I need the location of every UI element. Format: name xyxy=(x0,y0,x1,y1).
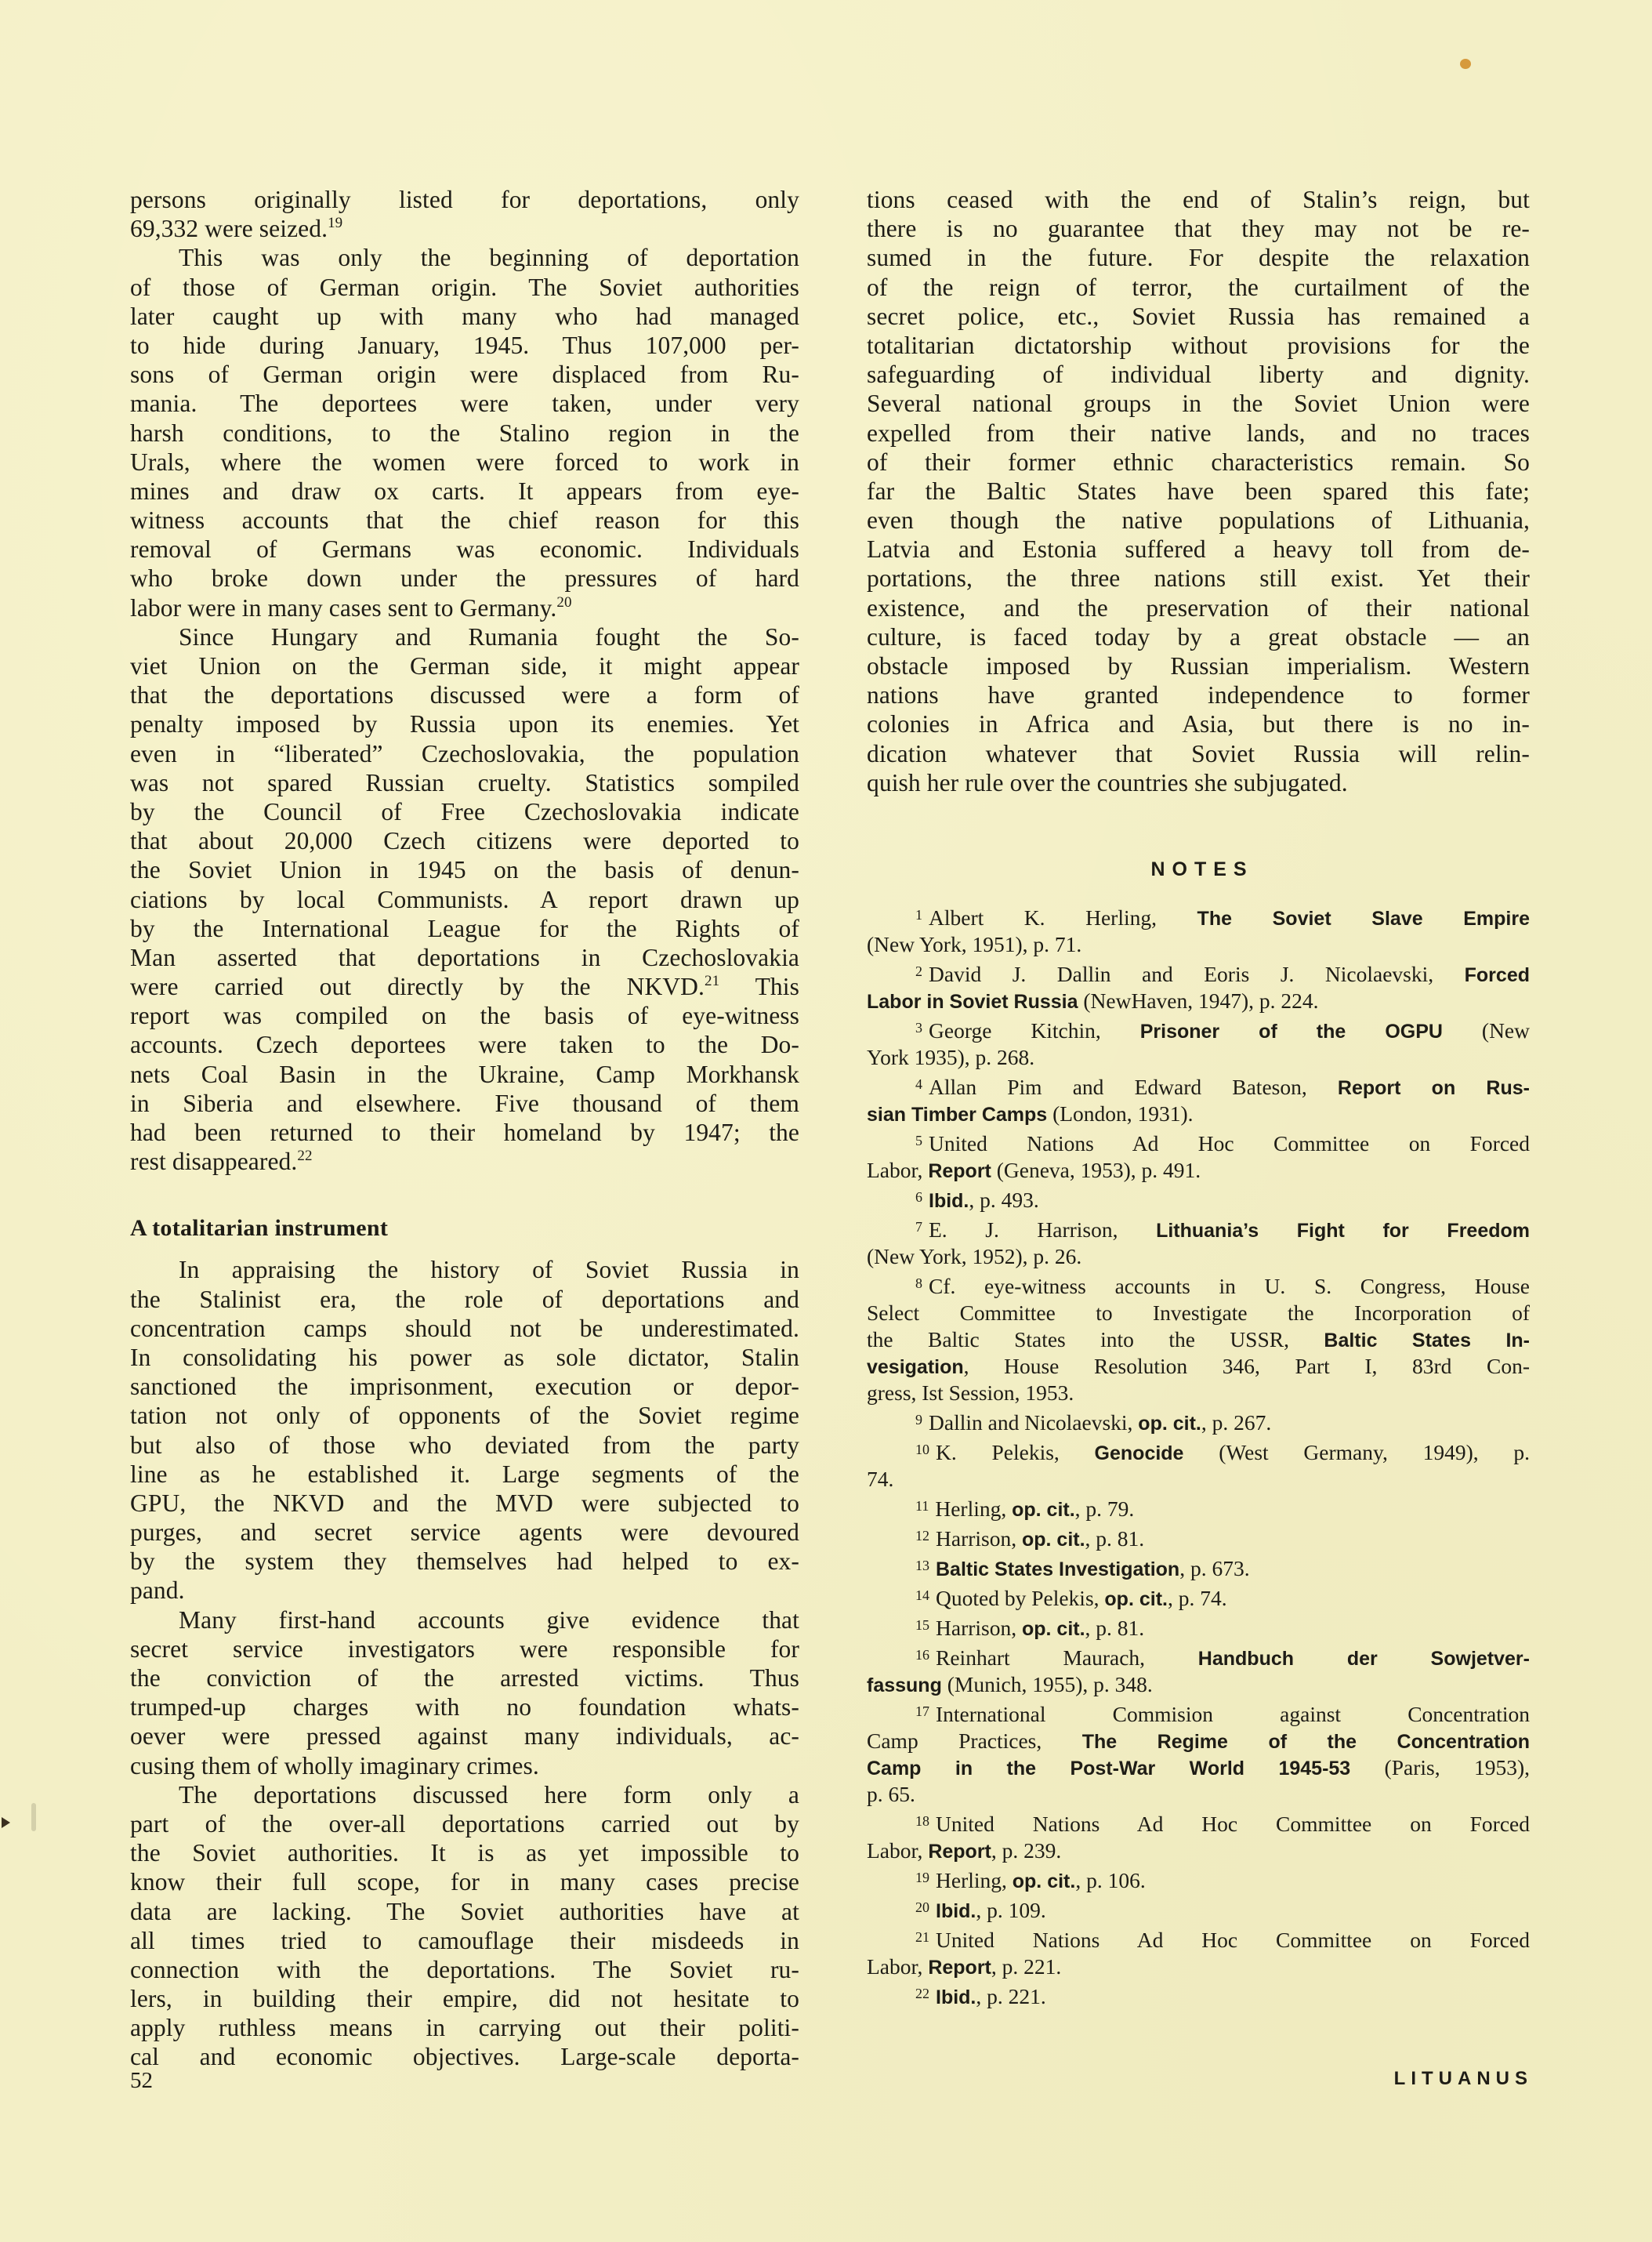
note-item: 19Herling, op. cit., p. 106. xyxy=(867,1867,1530,1894)
text-line: cal and economic objectives. Large-scale… xyxy=(130,2042,799,2071)
note-number: 22 xyxy=(915,1986,929,2001)
paragraph: persons originally listed for deportatio… xyxy=(130,185,799,243)
text-line: dication whatever that Soviet Russia wil… xyxy=(867,739,1530,768)
text-line: existence, and the preservation of their… xyxy=(867,593,1530,622)
note-number: 4 xyxy=(915,1076,922,1092)
note-line: 17International Commision against Concen… xyxy=(867,1701,1530,1728)
note-number: 16 xyxy=(915,1647,929,1663)
text-line: rest disappeared.22 xyxy=(130,1147,799,1176)
text-line: of those of German origin. The Soviet au… xyxy=(130,273,799,302)
paragraph: Since Hungary and Rumania fought the So-… xyxy=(130,622,799,1177)
cited-title: Report xyxy=(928,1160,991,1182)
note-number: 19 xyxy=(915,1870,929,1885)
text-line: penalty imposed by Russia upon its enemi… xyxy=(130,709,799,738)
note-item: 5United Nations Ad Hoc Committee on Forc… xyxy=(867,1130,1530,1184)
note-item: 13Baltic States Investigation, p. 673. xyxy=(867,1555,1530,1582)
text-line: cusing them of wholly imaginary crimes. xyxy=(130,1751,799,1780)
footnote-reference[interactable]: 21 xyxy=(705,973,719,989)
note-line: p. 65. xyxy=(867,1781,1530,1808)
note-line: 19Herling, op. cit., p. 106. xyxy=(867,1867,1530,1894)
paragraph: The deportations discussed here form onl… xyxy=(130,1780,799,2072)
text-line: Many first-hand accounts give evidence t… xyxy=(130,1605,799,1634)
text-line: there is no guarantee that they may not … xyxy=(867,214,1530,243)
note-line: 13Baltic States Investigation, p. 673. xyxy=(867,1555,1530,1582)
note-item: 16Reinhart Maurach, Handbuch der Sowjetv… xyxy=(867,1645,1530,1698)
note-item: 14Quoted by Pelekis, op. cit., p. 74. xyxy=(867,1585,1530,1612)
note-item: 2David J. Dallin and Eoris J. Nicolaevsk… xyxy=(867,961,1530,1014)
note-item: 9Dallin and Nicolaevski, op. cit., p. 26… xyxy=(867,1409,1530,1436)
text-line: Since Hungary and Rumania fought the So- xyxy=(130,622,799,651)
footnote-reference[interactable]: 19 xyxy=(328,215,342,231)
note-line: 10K. Pelekis, Genocide (West Germany, 19… xyxy=(867,1439,1530,1466)
text-line: by the Council of Free Czechoslovakia in… xyxy=(130,797,799,826)
text-line: know their full scope, for in many cases… xyxy=(130,1867,799,1896)
text-line: by the system they themselves had helped… xyxy=(130,1547,799,1576)
note-number: 6 xyxy=(915,1189,922,1205)
text-line: pand. xyxy=(130,1576,799,1605)
text-line: totalitarian dictatorship without provis… xyxy=(867,331,1530,360)
cited-title: Baltic States Investigation xyxy=(936,1558,1179,1580)
note-line: 7E. J. Harrison, Lithuania’s Fight for F… xyxy=(867,1217,1530,1243)
text-line: concentration camps should not be undere… xyxy=(130,1314,799,1343)
note-line: 1Albert K. Herling, The Soviet Slave Emp… xyxy=(867,905,1530,931)
note-number: 7 xyxy=(915,1219,922,1235)
note-item: 15Harrison, op. cit., p. 81. xyxy=(867,1615,1530,1642)
cited-title: Baltic States In- xyxy=(1324,1330,1530,1351)
notes-list: 1Albert K. Herling, The Soviet Slave Emp… xyxy=(867,905,1530,2010)
note-number: 1 xyxy=(915,907,922,923)
text-line: Latvia and Estonia suffered a heavy toll… xyxy=(867,535,1530,564)
cited-title: sian Timber Camps xyxy=(867,1104,1047,1126)
note-number: 9 xyxy=(915,1412,922,1428)
note-line: 16Reinhart Maurach, Handbuch der Sowjetv… xyxy=(867,1645,1530,1671)
notes-title: NOTES xyxy=(867,858,1530,881)
note-line: York 1935), p. 268. xyxy=(867,1044,1530,1071)
text-line: nations have granted independence to for… xyxy=(867,680,1530,709)
note-line: the Baltic States into the USSR, Baltic … xyxy=(867,1326,1530,1353)
paper-stain-mark xyxy=(1460,59,1471,69)
text-line: the Stalinist era, the role of deportati… xyxy=(130,1285,799,1314)
note-line: gress, Ist Session, 1953. xyxy=(867,1380,1530,1406)
note-line: 22Ibid., p. 221. xyxy=(867,1983,1530,2010)
text-line: obstacle imposed by Russian imperialism.… xyxy=(867,651,1530,680)
text-line: mines and draw ox carts. It appears from… xyxy=(130,477,799,506)
text-line: oever were pressed against many individu… xyxy=(130,1721,799,1750)
text-line: lers, in building their empire, did not … xyxy=(130,1984,799,2013)
cited-title: fassung xyxy=(867,1674,942,1696)
footnote-reference[interactable]: 20 xyxy=(556,594,571,611)
note-line: 5United Nations Ad Hoc Committee on Forc… xyxy=(867,1130,1530,1157)
note-number: 18 xyxy=(915,1813,929,1829)
text-line: had been returned to their homeland by 1… xyxy=(130,1118,799,1147)
text-line: even in “liberated” Czechoslovakia, the … xyxy=(130,739,799,768)
text-line: purges, and secret service agents were d… xyxy=(130,1518,799,1547)
note-line: fassung (Munich, 1955), p. 348. xyxy=(867,1671,1530,1698)
note-item: 21United Nations Ad Hoc Committee on For… xyxy=(867,1927,1530,1980)
text-line: mania. The deportees were taken, under v… xyxy=(130,389,799,418)
note-item: 11Herling, op. cit., p. 79. xyxy=(867,1496,1530,1522)
text-line: the Soviet authorities. It is as yet imp… xyxy=(130,1838,799,1867)
cited-title: Report on Rus- xyxy=(1338,1077,1530,1099)
cited-title: op. cit. xyxy=(1022,1529,1085,1551)
text-line: later caught up with many who had manage… xyxy=(130,302,799,331)
text-line: even though the native populations of Li… xyxy=(867,506,1530,535)
note-line: (New York, 1951), p. 71. xyxy=(867,931,1530,958)
note-item: 7E. J. Harrison, Lithuania’s Fight for F… xyxy=(867,1217,1530,1270)
text-line: harsh conditions, to the Stalino region … xyxy=(130,419,799,448)
text-line: portations, the three nations still exis… xyxy=(867,564,1530,593)
note-line: 11Herling, op. cit., p. 79. xyxy=(867,1496,1530,1522)
note-line: 8Cf. eye-witness accounts in U. S. Congr… xyxy=(867,1273,1530,1300)
text-line: the Soviet Union in 1945 on the basis of… xyxy=(130,855,799,884)
text-line: connection with the deportations. The So… xyxy=(130,1955,799,1984)
text-line: Urals, where the women were forced to wo… xyxy=(130,448,799,477)
cited-title: op. cit. xyxy=(1013,1870,1076,1892)
text-line: sanctioned the imprisonment, execution o… xyxy=(130,1372,799,1401)
text-line: removal of Germans was economic. Individ… xyxy=(130,535,799,564)
footnote-reference[interactable]: 22 xyxy=(297,1148,312,1164)
text-line: tions ceased with the end of Stalin’s re… xyxy=(867,185,1530,214)
text-line: of their former ethnic characteristics r… xyxy=(867,448,1530,477)
text-line: tation not only of opponents of the Sovi… xyxy=(130,1401,799,1430)
section-body-text: In appraising the history of Soviet Russ… xyxy=(130,1255,799,2071)
text-line: but also of those who deviated from the … xyxy=(130,1431,799,1460)
text-line: of the reign of terror, the curtailment … xyxy=(867,273,1530,302)
note-line: vesigation, House Resolution 346, Part I… xyxy=(867,1353,1530,1380)
note-line: Labor in Soviet Russia (NewHaven, 1947),… xyxy=(867,988,1530,1014)
text-line: Man asserted that deportations in Czecho… xyxy=(130,943,799,972)
text-line: were carried out directly by the NKVD.21… xyxy=(130,972,799,1001)
note-item: 18United Nations Ad Hoc Committee on For… xyxy=(867,1811,1530,1864)
cited-title: Report xyxy=(928,1841,991,1863)
text-line: data are lacking. The Soviet authorities… xyxy=(130,1897,799,1926)
cited-title: op. cit. xyxy=(1104,1588,1168,1610)
note-number: 15 xyxy=(915,1617,929,1633)
note-line: Select Committee to Investigate the Inco… xyxy=(867,1300,1530,1326)
right-body-text: tions ceased with the end of Stalin’s re… xyxy=(867,185,1530,797)
text-line: expelled from their native lands, and no… xyxy=(867,419,1530,448)
note-item: 6Ibid., p. 493. xyxy=(867,1187,1530,1214)
note-number: 17 xyxy=(915,1703,929,1719)
note-item: 12Harrison, op. cit., p. 81. xyxy=(867,1526,1530,1552)
note-line: Labor, Report, p. 221. xyxy=(867,1954,1530,1980)
note-line: (New York, 1952), p. 26. xyxy=(867,1243,1530,1270)
cited-title: Handbuch der Sowjetver- xyxy=(1198,1648,1530,1670)
cited-title: Prisoner of the OGPU xyxy=(1140,1021,1443,1043)
text-line: sons of German origin were displaced fro… xyxy=(130,360,799,389)
text-line: nets Coal Basin in the Ukraine, Camp Mor… xyxy=(130,1060,799,1089)
note-line: 21United Nations Ad Hoc Committee on For… xyxy=(867,1927,1530,1954)
note-line: Labor, Report, p. 239. xyxy=(867,1837,1530,1864)
paragraph: In appraising the history of Soviet Russ… xyxy=(130,1255,799,1605)
text-line: the conviction of the arrested victims. … xyxy=(130,1663,799,1692)
note-item: 20Ibid., p. 109. xyxy=(867,1897,1530,1924)
text-line: apply ruthless means in carrying out the… xyxy=(130,2013,799,2042)
note-number: 2 xyxy=(915,963,922,979)
text-line: secret police, etc., Soviet Russia has r… xyxy=(867,302,1530,331)
text-line: In appraising the history of Soviet Russ… xyxy=(130,1255,799,1284)
note-item: 22Ibid., p. 221. xyxy=(867,1983,1530,2010)
paragraph: Many first-hand accounts give evidence t… xyxy=(130,1605,799,1780)
note-line: sian Timber Camps (London, 1931). xyxy=(867,1101,1530,1127)
left-column: persons originally listed for deportatio… xyxy=(130,185,799,2072)
journal-name: LITUANUS xyxy=(1394,2068,1533,2090)
cited-title: Ibid. xyxy=(936,1986,976,2008)
cited-title: Report xyxy=(928,1957,991,1979)
note-line: 6Ibid., p. 493. xyxy=(867,1187,1530,1214)
paragraph: This was only the beginning of deportati… xyxy=(130,243,799,622)
text-line: who broke down under the pressures of ha… xyxy=(130,564,799,593)
note-line: 18United Nations Ad Hoc Committee on For… xyxy=(867,1811,1530,1837)
cited-title: op. cit. xyxy=(1022,1618,1085,1640)
note-number: 21 xyxy=(915,1929,929,1945)
text-line: secret service investigators were respon… xyxy=(130,1634,799,1663)
note-number: 3 xyxy=(915,1020,922,1036)
left-body-text: persons originally listed for deportatio… xyxy=(130,185,799,1176)
text-line: viet Union on the German side, it might … xyxy=(130,651,799,680)
text-line: witness accounts that the chief reason f… xyxy=(130,506,799,535)
cited-title: Ibid. xyxy=(936,1900,976,1922)
note-number: 11 xyxy=(915,1498,929,1514)
cited-title: Forced xyxy=(1465,964,1530,986)
text-line: ciations by local Communists. A report d… xyxy=(130,885,799,914)
note-item: 4Allan Pim and Edward Bateson, Report on… xyxy=(867,1074,1530,1127)
note-line: Camp Practices, The Regime of the Concen… xyxy=(867,1728,1530,1754)
note-item: 17International Commision against Concen… xyxy=(867,1701,1530,1808)
page-number: 52 xyxy=(130,2068,153,2094)
note-line: 15Harrison, op. cit., p. 81. xyxy=(867,1615,1530,1642)
note-line: 12Harrison, op. cit., p. 81. xyxy=(867,1526,1530,1552)
text-line: In consolidating his power as sole dicta… xyxy=(130,1343,799,1372)
cited-title: The Soviet Slave Empire xyxy=(1197,908,1530,930)
text-line: persons originally listed for deportatio… xyxy=(130,185,799,214)
note-line: Camp in the Post-War World 1945-53 (Pari… xyxy=(867,1754,1530,1781)
text-line: Several national groups in the Soviet Un… xyxy=(867,389,1530,418)
note-line: 4Allan Pim and Edward Bateson, Report on… xyxy=(867,1074,1530,1101)
note-line: 3George Kitchin, Prisoner of the OGPU (N… xyxy=(867,1018,1530,1044)
text-line: far the Baltic States have been spared t… xyxy=(867,477,1530,506)
right-column: tions ceased with the end of Stalin’s re… xyxy=(867,185,1530,2013)
note-line: 2David J. Dallin and Eoris J. Nicolaevsk… xyxy=(867,961,1530,988)
note-number: 12 xyxy=(915,1528,929,1544)
text-line: by the International League for the Righ… xyxy=(130,914,799,943)
text-line: colonies in Africa and Asia, but there i… xyxy=(867,709,1530,738)
text-line: was not spared Russian cruelty. Statisti… xyxy=(130,768,799,797)
note-line: 9Dallin and Nicolaevski, op. cit., p. 26… xyxy=(867,1409,1530,1436)
cited-title: vesigation xyxy=(867,1356,964,1378)
text-line: quish her rule over the countries she su… xyxy=(867,768,1530,797)
note-number: 13 xyxy=(915,1558,929,1573)
text-line: part of the over-all deportations carrie… xyxy=(130,1809,799,1838)
note-number: 8 xyxy=(915,1275,922,1291)
text-line: accounts. Czech deportees were taken to … xyxy=(130,1030,799,1059)
note-item: 3George Kitchin, Prisoner of the OGPU (N… xyxy=(867,1018,1530,1071)
text-line: culture, is faced today by a great obsta… xyxy=(867,622,1530,651)
note-number: 14 xyxy=(915,1587,929,1603)
note-item: 10K. Pelekis, Genocide (West Germany, 19… xyxy=(867,1439,1530,1493)
margin-arrow-mark xyxy=(2,1817,10,1828)
note-line: 14Quoted by Pelekis, op. cit., p. 74. xyxy=(867,1585,1530,1612)
text-line: 69,332 were seized.19 xyxy=(130,214,799,243)
cited-title: Ibid. xyxy=(929,1190,969,1212)
text-line: that the deportations discussed were a f… xyxy=(130,680,799,709)
cited-title: Lithuania’s Fight for Freedom xyxy=(1156,1220,1530,1242)
note-line: 20Ibid., p. 109. xyxy=(867,1897,1530,1924)
cited-title: Genocide xyxy=(1095,1442,1184,1464)
text-line: GPU, the NKVD and the MVD were subjected… xyxy=(130,1489,799,1518)
text-line: to hide during January, 1945. Thus 107,0… xyxy=(130,331,799,360)
cited-title: The Regime of the Concentration xyxy=(1082,1731,1530,1753)
note-number: 20 xyxy=(915,1899,929,1915)
cited-title: Camp in the Post-War World 1945-53 xyxy=(867,1758,1350,1779)
paragraph: tions ceased with the end of Stalin’s re… xyxy=(867,185,1530,797)
text-line: This was only the beginning of deportati… xyxy=(130,243,799,272)
cited-title: Labor in Soviet Russia xyxy=(867,991,1078,1013)
section-heading: A totalitarian instrument xyxy=(130,1214,799,1243)
text-line: report was compiled on the basis of eye-… xyxy=(130,1001,799,1030)
note-number: 10 xyxy=(915,1442,929,1457)
margin-smudge xyxy=(31,1803,36,1831)
note-item: 1Albert K. Herling, The Soviet Slave Emp… xyxy=(867,905,1530,958)
note-line: 74. xyxy=(867,1466,1530,1493)
text-line: in Siberia and elsewhere. Five thousand … xyxy=(130,1089,799,1118)
note-line: Labor, Report (Geneva, 1953), p. 491. xyxy=(867,1157,1530,1184)
text-line: labor were in many cases sent to Germany… xyxy=(130,593,799,622)
text-line: line as he established it. Large segment… xyxy=(130,1460,799,1489)
text-line: The deportations discussed here form onl… xyxy=(130,1780,799,1809)
cited-title: op. cit. xyxy=(1012,1499,1075,1521)
text-line: safeguarding of individual liberty and d… xyxy=(867,360,1530,389)
cited-title: op. cit. xyxy=(1138,1413,1201,1435)
note-number: 5 xyxy=(915,1133,922,1148)
text-line: trumped-up charges with no foundation wh… xyxy=(130,1692,799,1721)
text-line: sumed in the future. For despite the rel… xyxy=(867,243,1530,272)
text-line: all times tried to camouflage their misd… xyxy=(130,1926,799,1955)
note-item: 8Cf. eye-witness accounts in U. S. Congr… xyxy=(867,1273,1530,1406)
text-line: that about 20,000 Czech citizens were de… xyxy=(130,826,799,855)
